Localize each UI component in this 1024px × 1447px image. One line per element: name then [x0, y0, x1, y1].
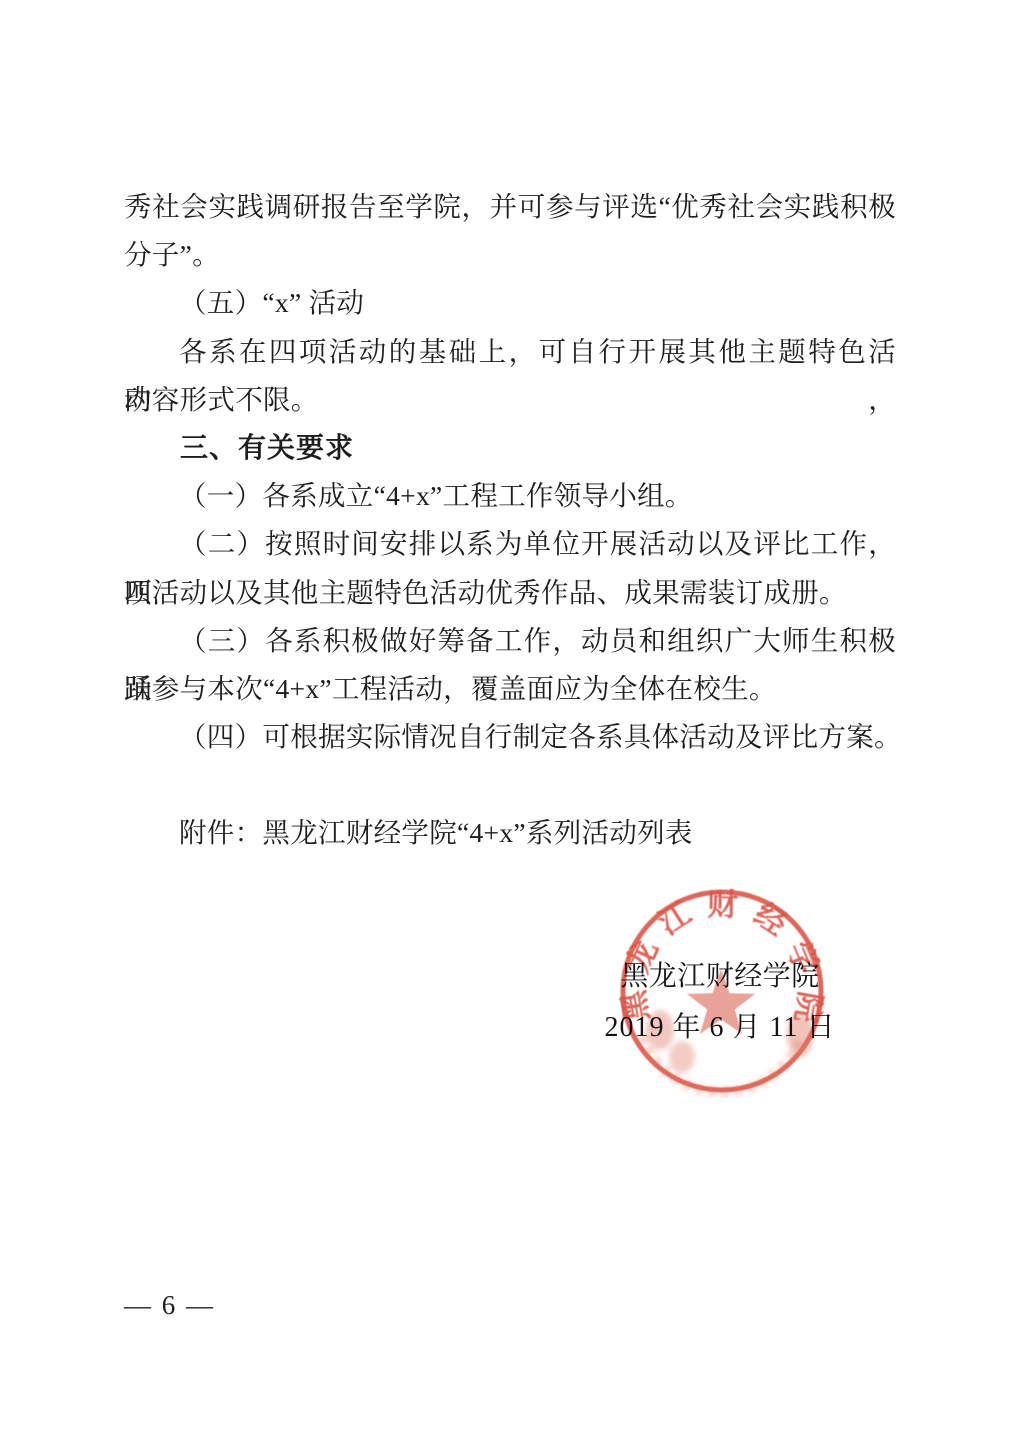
text-line: 分子”。 [124, 231, 896, 279]
section-heading: 三、有关要求 [124, 424, 896, 472]
signature-date: 2019 年 6 月 11 日 [570, 1004, 870, 1052]
text-line: 各系在四项活动的基础上，可自行开展其他主题特色活动， [124, 328, 896, 376]
text-line: （三）各系积极做好筹备工作，动员和组织广大师生积极踊 [124, 617, 896, 665]
text-line: 跃参与本次“4+x”工程活动，覆盖面应为全体在校生。 [124, 665, 896, 713]
document-page: 秀社会实践调研报告至学院，并可参与评选“优秀社会实践积极 分子”。 （五）“x”… [0, 0, 1024, 1447]
page-number: — 6 — [124, 1290, 215, 1321]
blank-line [124, 761, 896, 809]
attachment-line: 附件：黑龙江财经学院“4+x”系列活动列表 [124, 809, 896, 857]
text-line: （一）各系成立“4+x”工程工作领导小组。 [124, 472, 896, 520]
document-body: 秀社会实践调研报告至学院，并可参与评选“优秀社会实践积极 分子”。 （五）“x”… [124, 183, 896, 858]
signature-org: 黑龙江财经学院 [570, 953, 870, 1001]
text-line: （二）按照时间安排以系为单位开展活动以及评比工作，四 [124, 520, 896, 568]
text-line: 项活动以及其他主题特色活动优秀作品、成果需装订成册。 [124, 569, 896, 617]
text-line: 秀社会实践调研报告至学院，并可参与评选“优秀社会实践积极 [124, 183, 896, 231]
text-line: （四）可根据实际情况自行制定各系具体活动及评比方案。 [124, 713, 896, 761]
text-line: （五）“x” 活动 [124, 279, 896, 327]
